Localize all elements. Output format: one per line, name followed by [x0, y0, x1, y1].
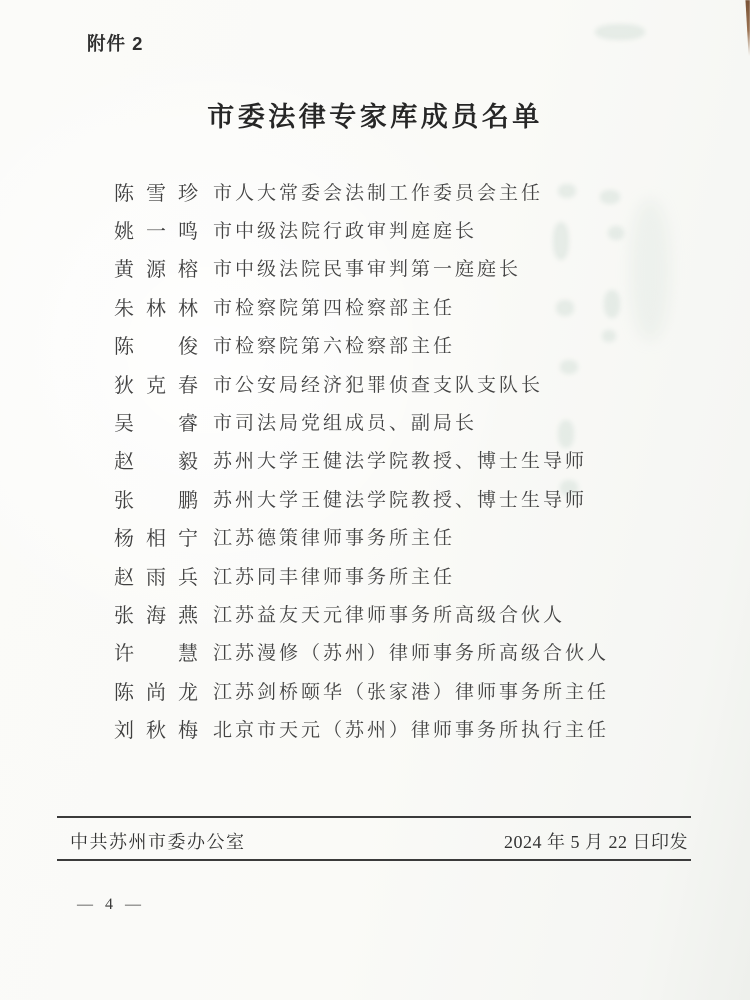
member-row: 狄克春 市公安局经济犯罪侦查支队支队长 — [114, 364, 674, 402]
footer-issuer: 中共苏州市委办公室 — [70, 828, 246, 854]
member-row: 陈雪珍 市人大常委会法制工作委员会主任 — [114, 172, 674, 210]
member-name: 赵雨兵 — [114, 561, 198, 590]
member-name: 狄克春 — [114, 369, 198, 398]
member-name: 张海燕 — [114, 599, 198, 628]
member-row: 张鹏 苏州大学王健法学院教授、博士生导师 — [114, 479, 674, 517]
member-title: 市司法局党组成员、副局长 — [213, 408, 477, 435]
member-list: 陈雪珍 市人大常委会法制工作委员会主任 姚一鸣 市中级法院行政审判庭庭长 黄源榕… — [114, 172, 674, 748]
member-title: 江苏漫修（苏州）律师事务所高级合伙人 — [213, 638, 609, 665]
member-row: 黄源榕 市中级法院民事审判第一庭庭长 — [114, 249, 674, 287]
page-number: — 4 — — [77, 896, 145, 914]
bleedthrough-smudge — [595, 24, 645, 40]
member-row: 陈俊 市检察院第六检察部主任 — [114, 326, 674, 364]
attachment-label: 附件 2 — [87, 30, 143, 56]
member-name: 赵毅 — [114, 445, 198, 474]
member-name: 杨相宁 — [114, 522, 198, 551]
member-title: 市人大常委会法制工作委员会主任 — [213, 178, 543, 205]
member-name: 陈雪珍 — [114, 177, 198, 206]
member-name: 刘秋梅 — [114, 714, 198, 743]
member-name: 许慧 — [114, 637, 198, 666]
member-title: 北京市天元（苏州）律师事务所执行主任 — [213, 715, 609, 742]
member-title: 苏州大学王健法学院教授、博士生导师 — [213, 446, 587, 473]
member-row: 朱林林 市检察院第四检察部主任 — [114, 287, 674, 325]
member-title: 江苏同丰律师事务所主任 — [213, 562, 455, 589]
member-name: 黄源榕 — [114, 253, 198, 282]
member-name: 陈俊 — [114, 330, 198, 359]
member-title: 江苏剑桥颐华（张家港）律师事务所主任 — [213, 677, 609, 704]
member-name: 吴睿 — [114, 407, 198, 436]
member-title: 市检察院第四检察部主任 — [213, 293, 455, 320]
member-title: 市中级法院民事审判第一庭庭长 — [213, 254, 521, 281]
member-row: 赵毅 苏州大学王健法学院教授、博士生导师 — [114, 441, 674, 479]
member-row: 刘秋梅 北京市天元（苏州）律师事务所执行主任 — [114, 709, 674, 747]
scan-edge-artifact — [743, 0, 750, 56]
page-title: 市委法律专家库成员名单 — [0, 95, 750, 134]
footer-rule-bottom — [57, 859, 691, 861]
member-name: 姚一鸣 — [114, 215, 198, 244]
member-title: 市中级法院行政审判庭庭长 — [213, 216, 477, 243]
member-name: 张鹏 — [114, 484, 198, 513]
member-title: 市公安局经济犯罪侦查支队支队长 — [213, 370, 543, 397]
member-row: 赵雨兵 江苏同丰律师事务所主任 — [114, 556, 674, 594]
member-title: 江苏益友天元律师事务所高级合伙人 — [213, 600, 565, 627]
footer-print-date: 2024 年 5 月 22 日印发 — [504, 828, 688, 854]
member-row: 许慧 江苏漫修（苏州）律师事务所高级合伙人 — [114, 633, 674, 671]
member-row: 姚一鸣 市中级法院行政审判庭庭长 — [114, 210, 674, 248]
member-title: 市检察院第六检察部主任 — [213, 331, 455, 358]
member-row: 吴睿 市司法局党组成员、副局长 — [114, 402, 674, 440]
member-row: 杨相宁 江苏德策律师事务所主任 — [114, 518, 674, 556]
member-name: 陈尚龙 — [114, 676, 198, 705]
member-row: 张海燕 江苏益友天元律师事务所高级合伙人 — [114, 594, 674, 632]
footer-rule-top — [57, 816, 691, 818]
member-title: 江苏德策律师事务所主任 — [213, 523, 455, 550]
member-row: 陈尚龙 江苏剑桥颐华（张家港）律师事务所主任 — [114, 671, 674, 709]
member-name: 朱林林 — [114, 292, 198, 321]
scanned-document-page: 附件 2 市委法律专家库成员名单 陈雪珍 市人大常委会法制工作委员会主任 姚一鸣… — [0, 0, 750, 1000]
member-title: 苏州大学王健法学院教授、博士生导师 — [213, 485, 587, 512]
